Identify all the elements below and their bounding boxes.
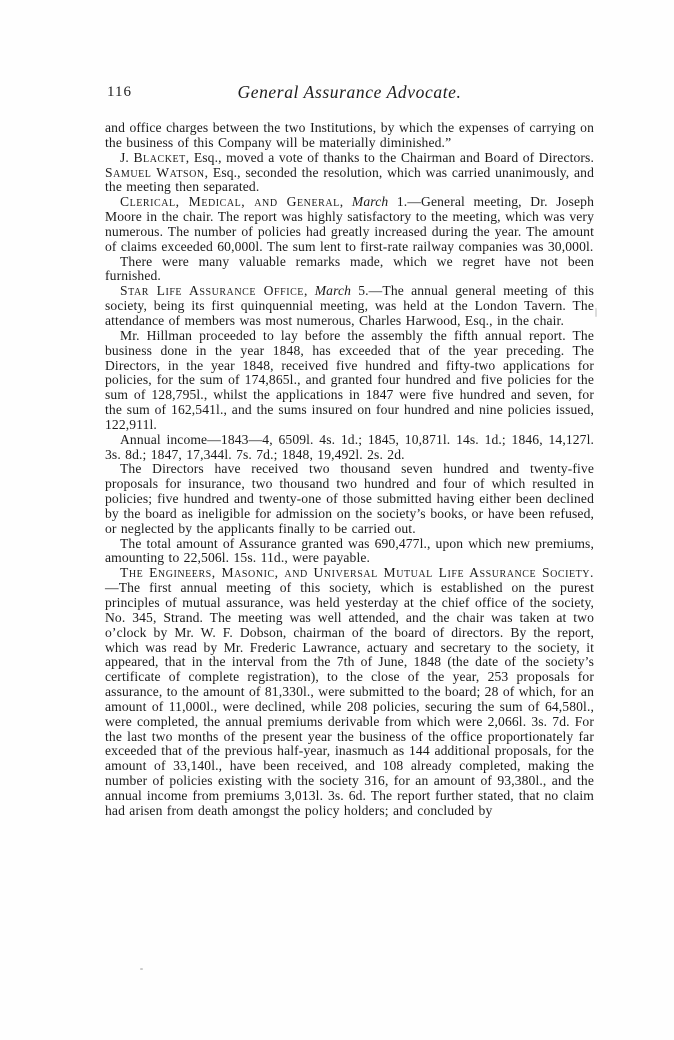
scan-artifact-mark xyxy=(595,308,597,317)
scanned-page: 116 General Assurance Advocate. and offi… xyxy=(0,0,674,1040)
text-segment: , Esq., moved a vote of thanks to the Ch… xyxy=(186,150,594,165)
paragraph: and office charges between the two Insti… xyxy=(105,121,594,151)
text-segment: Mr. Hillman proceeded to lay before the … xyxy=(105,328,594,432)
paragraph: Clerical, Medical, and General, March 1.… xyxy=(105,195,594,254)
text-segment: Annual income—1843—4, 6509l. 4s. 1d.; 18… xyxy=(105,432,594,462)
text-segment: and office charges between the two Insti… xyxy=(105,120,594,150)
text-segment: The Engineers, Masonic, and Universal Mu… xyxy=(120,565,594,580)
page-header: 116 General Assurance Advocate. xyxy=(105,82,594,104)
text-segment: , xyxy=(304,283,315,298)
paragraph: Annual income—1843—4, 6509l. 4s. 1d.; 18… xyxy=(105,433,594,463)
paragraph: The Engineers, Masonic, and Universal Mu… xyxy=(105,566,594,818)
paragraph: Mr. Hillman proceeded to lay before the … xyxy=(105,329,594,433)
journal-title: General Assurance Advocate. xyxy=(105,82,594,103)
paragraph: The total amount of Assurance granted wa… xyxy=(105,537,594,567)
text-segment: The Directors have received two thousand… xyxy=(105,461,594,535)
article-body: and office charges between the two Insti… xyxy=(105,121,594,819)
paragraph: There were many valuable remarks made, w… xyxy=(105,255,594,285)
text-segment: March xyxy=(352,194,388,209)
scan-artifact-dot xyxy=(140,968,143,970)
paragraph: J. Blacket, Esq., moved a vote of thanks… xyxy=(105,151,594,196)
text-segment: The total amount of Assurance granted wa… xyxy=(105,536,594,566)
paragraph: Star Life Assurance Office, March 5.—The… xyxy=(105,284,594,329)
text-column: 116 General Assurance Advocate. and offi… xyxy=(105,82,594,819)
text-segment: Star Life Assurance Office xyxy=(120,283,304,298)
text-segment: There were many valuable remarks made, w… xyxy=(105,254,594,284)
text-segment: Samuel Watson xyxy=(105,165,205,180)
paragraph: The Directors have received two thousand… xyxy=(105,462,594,536)
text-segment: J. xyxy=(120,150,133,165)
text-segment: —The first annual meeting of this societ… xyxy=(105,580,594,818)
text-segment: Clerical, Medical, and General xyxy=(120,194,340,209)
text-segment: , xyxy=(340,194,352,209)
text-segment: Blacket xyxy=(133,150,185,165)
page-number: 116 xyxy=(107,84,132,101)
text-segment: March xyxy=(315,283,351,298)
